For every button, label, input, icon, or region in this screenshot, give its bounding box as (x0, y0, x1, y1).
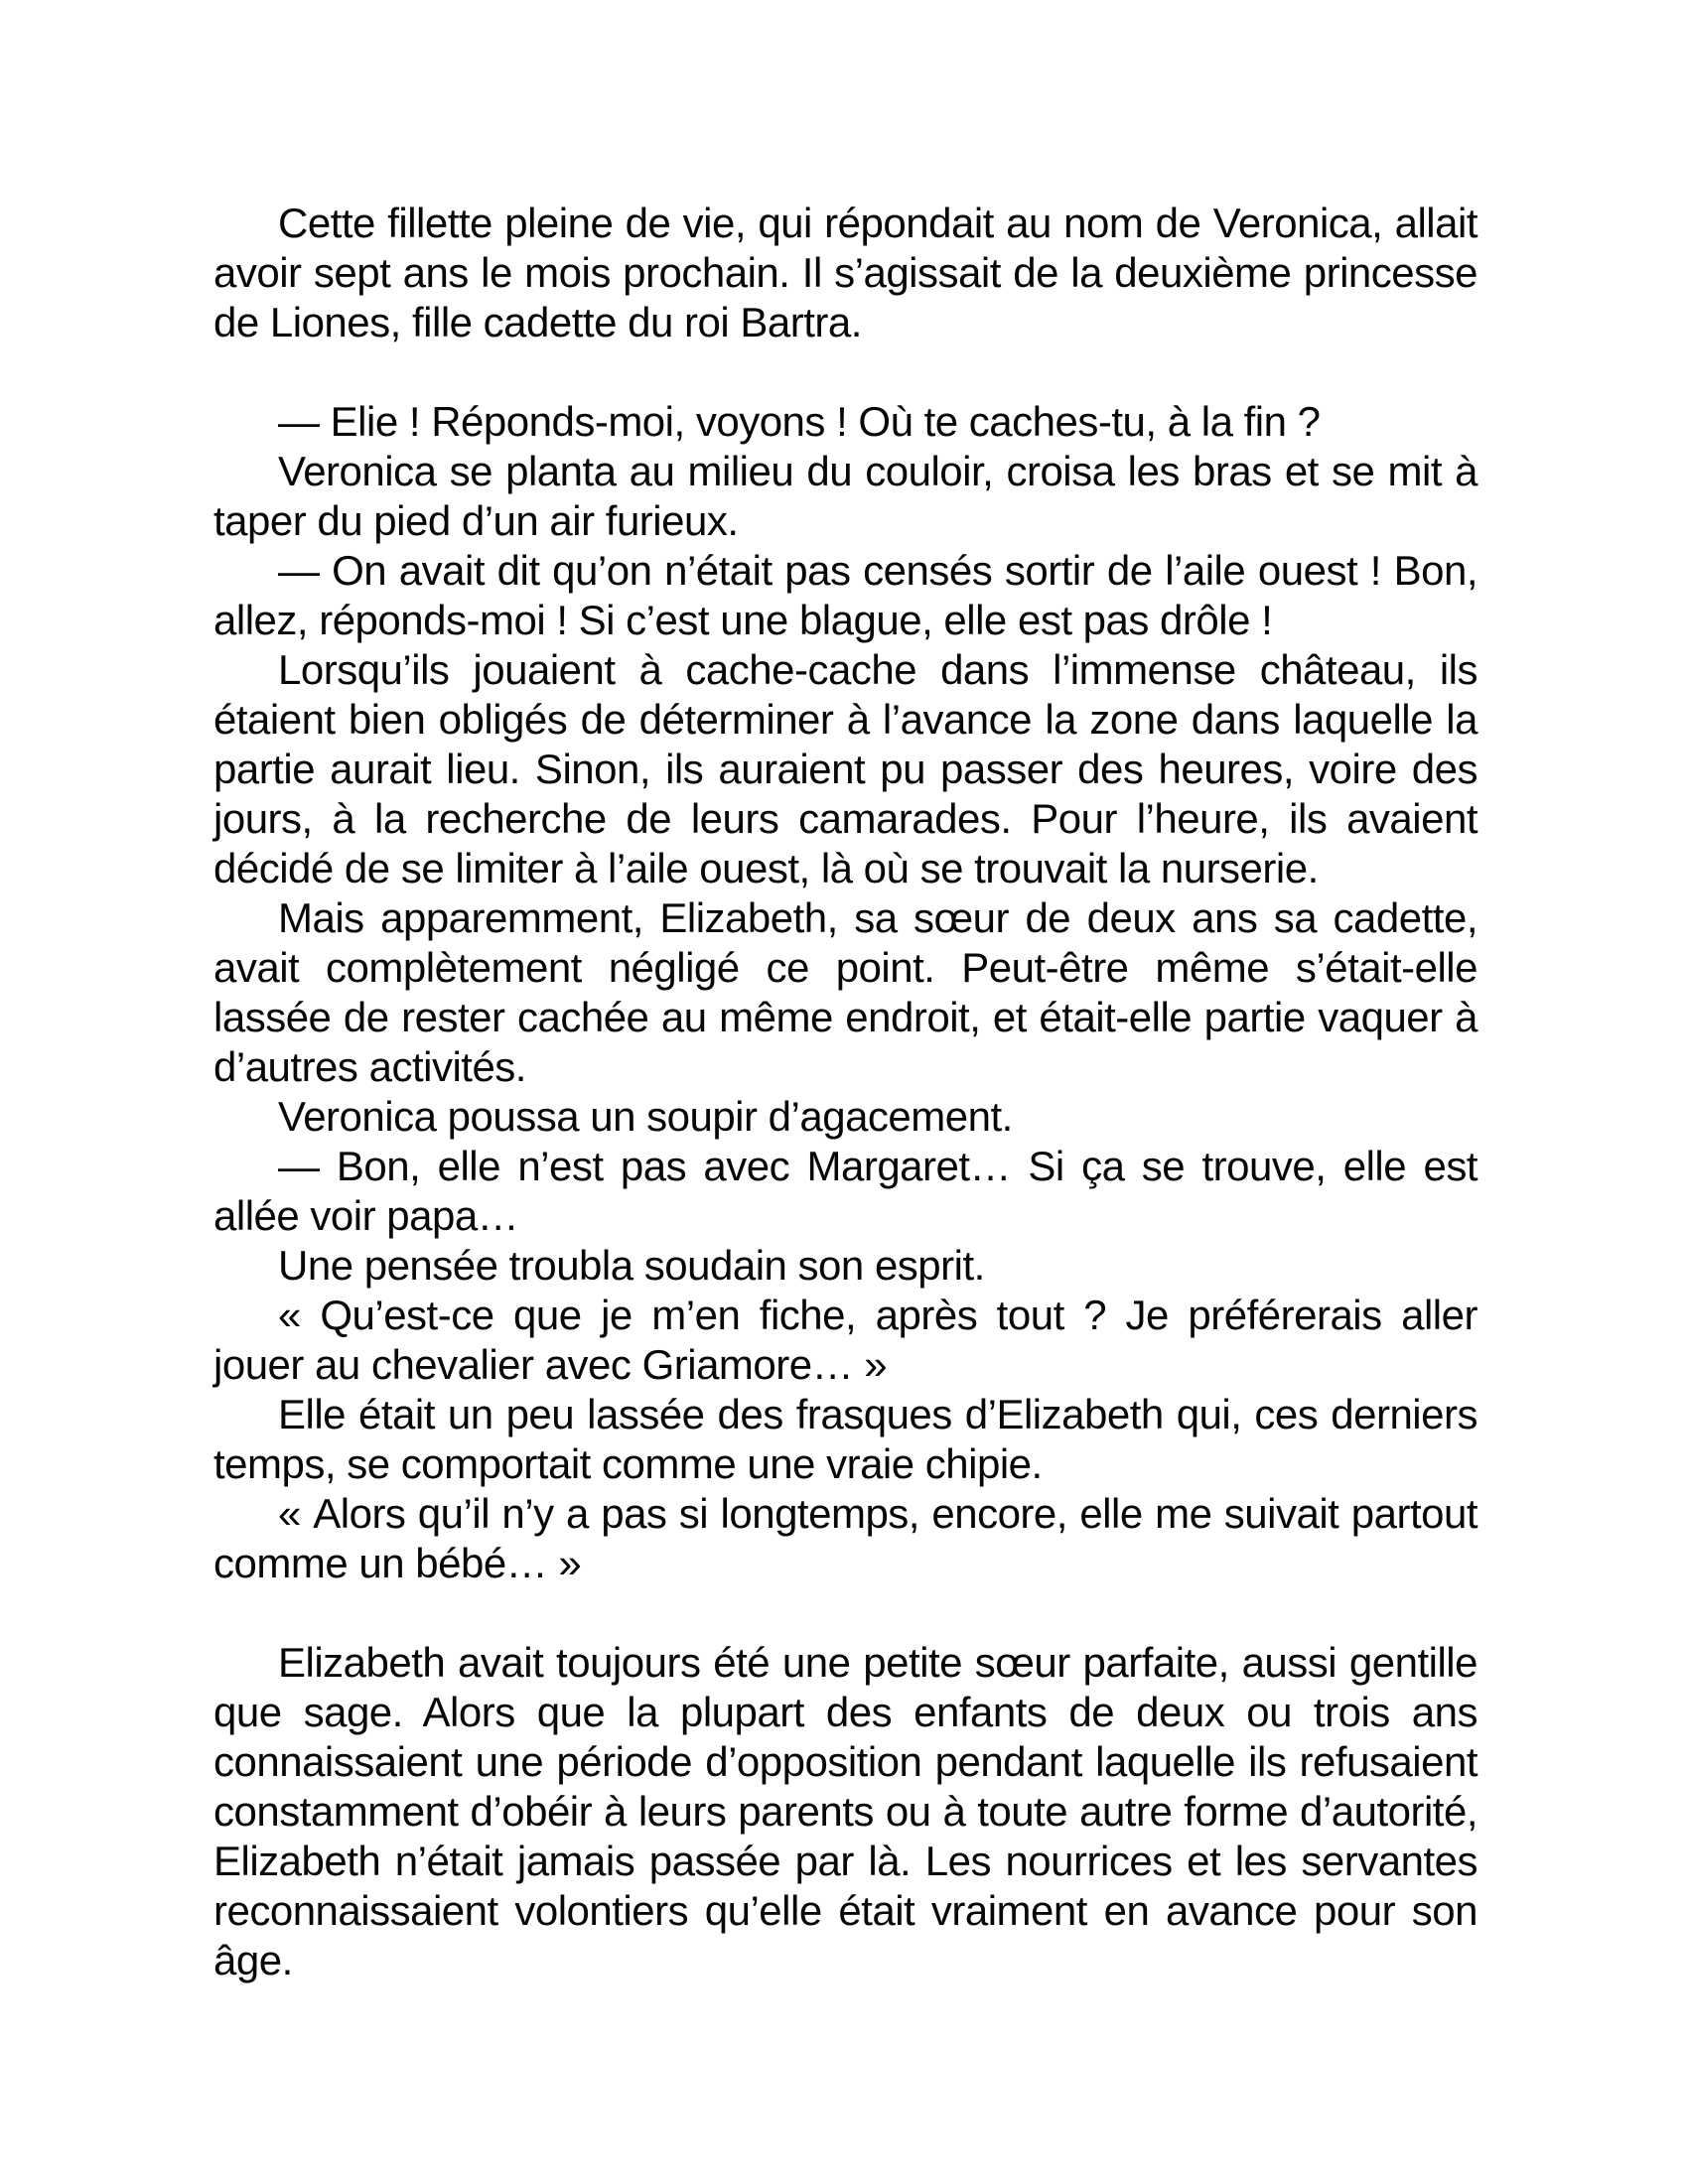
paragraph: Veronica se planta au milieu du couloir,… (213, 447, 1477, 546)
text-block: Cette fillette pleine de vie, qui répond… (213, 199, 1477, 1985)
paragraph: — On avait dit qu’on n’était pas censés … (213, 546, 1477, 645)
paragraph: Lorsqu’ils jouaient à cache-cache dans l… (213, 645, 1477, 893)
paragraph: Cette fillette pleine de vie, qui répond… (213, 199, 1477, 347)
paragraph: — Elie ! Réponds-moi, voyons ! Où te cac… (213, 397, 1477, 447)
paragraph: Veronica poussa un soupir d’agacement. (213, 1092, 1477, 1142)
paragraph: — Bon, elle n’est pas avec Margaret… Si … (213, 1142, 1477, 1241)
paragraph: « Alors qu’il n’y a pas si longtemps, en… (213, 1489, 1477, 1588)
paragraph: « Qu’est-ce que je m’en fiche, après tou… (213, 1291, 1477, 1390)
paragraph: Une pensée troubla soudain son esprit. (213, 1241, 1477, 1291)
book-page: Cette fillette pleine de vie, qui répond… (0, 0, 1688, 2184)
paragraph: Elle était un peu lassée des frasques d’… (213, 1390, 1477, 1489)
paragraph: Elizabeth avait toujours été une petite … (213, 1638, 1477, 1985)
paragraph: Mais apparemment, Elizabeth, sa sœur de … (213, 893, 1477, 1092)
